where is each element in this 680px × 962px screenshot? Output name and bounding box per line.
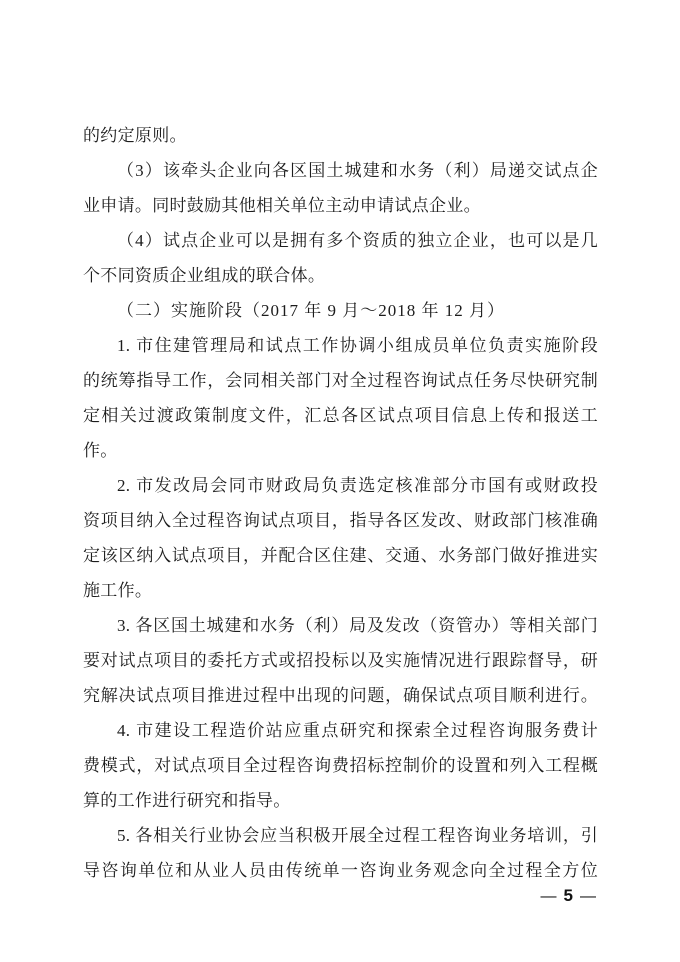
text-line: 定相关过渡政策制度文件，汇总各区试点项目信息上传和报送工 [83, 398, 598, 433]
text-line: 费模式，对试点项目全过程咨询费招标控制价的设置和列入工程概 [83, 748, 598, 783]
text-line: 导咨询单位和从业人员由传统单一咨询业务观念向全过程全方位 [83, 853, 598, 888]
page-footer: —5— [541, 884, 596, 908]
text-line: 2. 市发改局会同市财政局负责选定核准部分市国有或财政投 [83, 468, 598, 503]
text-line: 定该区纳入试点项目，并配合区住建、交通、水务部门做好推进实 [83, 538, 598, 573]
section-heading: （二）实施阶段（2017 年 9 月～2018 年 12 月） [83, 293, 598, 328]
text-line: 5. 各相关行业协会应当积极开展全过程工程咨询业务培训，引 [83, 818, 598, 853]
text-line: （4）试点企业可以是拥有多个资质的独立企业，也可以是几 [83, 223, 598, 258]
text-line: 3. 各区国土城建和水务（利）局及发改（资管办）等相关部门 [83, 608, 598, 643]
text-line: 究解决试点项目推进过程中出现的问题，确保试点项目顺利进行。 [83, 678, 598, 713]
text-line: 4. 市建设工程造价站应重点研究和探索全过程咨询服务费计 [83, 713, 598, 748]
text-line: 施工作。 [83, 573, 598, 608]
footer-dash-right: — [580, 888, 596, 905]
text-line: 算的工作进行研究和指导。 [83, 783, 598, 818]
document-page: 的约定原则。 （3）该牵头企业向各区国土城建和水务（利）局递交试点企 业申请。同… [0, 0, 680, 962]
text-line: 要对试点项目的委托方式或招投标以及实施情况进行跟踪督导，研 [83, 643, 598, 678]
text-block: 的约定原则。 （3）该牵头企业向各区国土城建和水务（利）局递交试点企 业申请。同… [83, 118, 598, 888]
text-line: 业申请。同时鼓励其他相关单位主动申请试点企业。 [83, 188, 598, 223]
text-line: 的统筹指导工作，会同相关部门对全过程咨询试点任务尽快研究制 [83, 363, 598, 398]
text-line: 作。 [83, 433, 598, 468]
footer-dash-left: — [541, 888, 557, 905]
page-number: 5 [564, 886, 573, 905]
text-line: 的约定原则。 [83, 118, 598, 153]
text-line: 个不同资质企业组成的联合体。 [83, 258, 598, 293]
text-line: 1. 市住建管理局和试点工作协调小组成员单位负责实施阶段 [83, 328, 598, 363]
text-line: （3）该牵头企业向各区国土城建和水务（利）局递交试点企 [83, 153, 598, 188]
text-line: 资项目纳入全过程咨询试点项目，指导各区发改、财政部门核准确 [83, 503, 598, 538]
